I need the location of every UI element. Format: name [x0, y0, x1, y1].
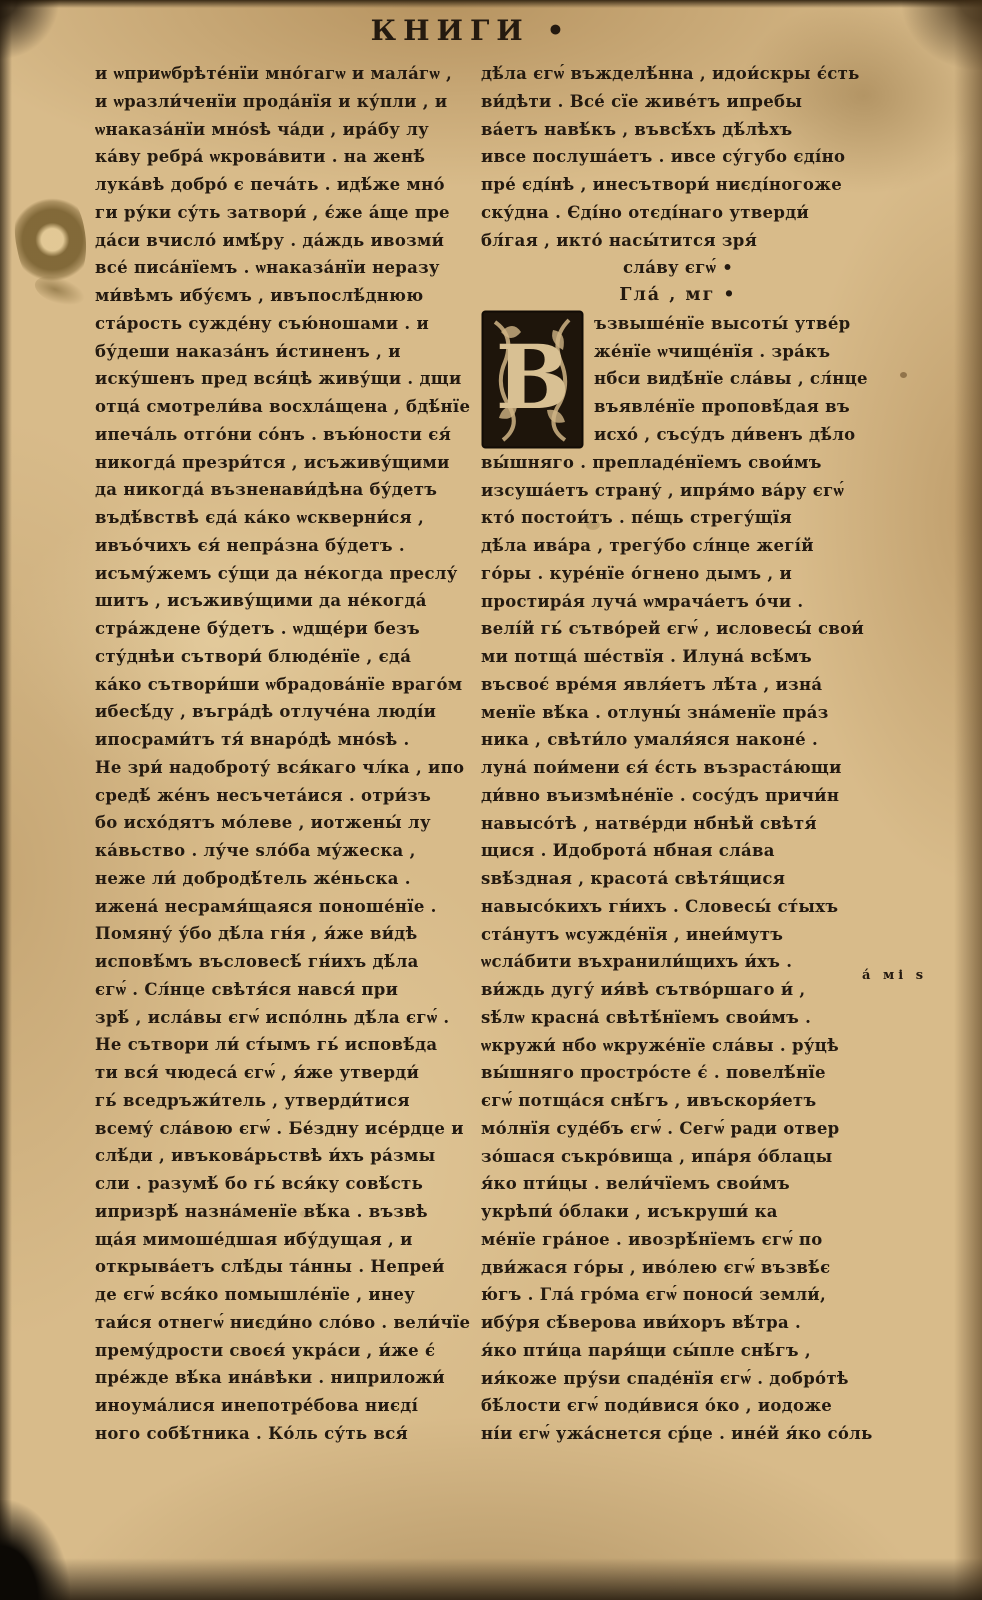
text-line: ѡкружи́ нб́о ѡкруже́нїе сла́вы . ру́цѣ — [481, 1032, 875, 1060]
text-line: простира́я луча́ ѡмрача́етъ о́чи . — [481, 588, 875, 616]
text-line: ивсе послуша́етъ . ивсе су́губо єді́но — [481, 143, 875, 171]
text-line: въдѣ́вствѣ єда́ ка́ко ѡскверни́ся , — [95, 504, 477, 532]
text-line: дѣ́ла ива́ра , трегу́бо сл́нце жегі́й — [481, 532, 875, 560]
text-line: прему́дрости своєя́ укра́си , и́же є́ — [95, 1337, 477, 1365]
text-line: дѣ́ла єгѡ́ въжделѣ́нна , идои́скры є́сть — [481, 60, 875, 88]
text-line: менїе вѣ́ка . отлуны́ зна́менїе пра́з — [481, 699, 875, 727]
paper-edge-left — [0, 0, 12, 1600]
text-line: ску́дна . Єді́но отєді́наго утверди́ — [481, 199, 875, 227]
text-line: ю́гъ . Гла́ гро́ма єгѡ́ поноси́ земли́, — [481, 1281, 875, 1309]
text-line: и ѡразли́ченїи прода́нїя и ку́пли , и — [95, 88, 477, 116]
text-line: укрѣпи́ о́блаки , исъкруши́ ка — [481, 1198, 875, 1226]
text-line: ѕвѣ́здная , красота́ свѣтя́щися — [481, 865, 875, 893]
text-line: изсуша́етъ страну́ , ипря́мо ва́ру єгѡ́ — [481, 477, 875, 505]
text-line: бу́деши наказа́нъ и́стиненъ , и — [95, 338, 477, 366]
text-line: исъму́жемъ су́щи да не́когда преслу́ — [95, 560, 477, 588]
text-line: я́ко пти́цы . вели́чїемъ свои́мъ — [481, 1170, 875, 1198]
text-line: лука́вѣ добро́ є печа́ть . идѣ́же мно́ — [95, 171, 477, 199]
text-line: ипризрѣ́ назна́менїе вѣ́ка . възвѣ — [95, 1198, 477, 1226]
text-line: єгѡ́ потща́ся снѣ́гъ , ивъскоря́етъ — [481, 1087, 875, 1115]
text-line: шитъ , исъживу́щими да не́когда́ — [95, 587, 477, 615]
text-line: исхо́ , съсу́дъ ди́венъ дѣ́ло — [594, 421, 875, 449]
right-column-opening: дѣ́ла єгѡ́ въжделѣ́нна , идои́скры є́сть… — [481, 60, 875, 254]
text-line: навысо́тѣ , натве́рди нб́нѣй свѣтя́ — [481, 810, 875, 838]
paper-edge-right — [954, 0, 982, 1600]
text-line: стра́ждене бу́детъ . ѡдще́ри безъ — [95, 615, 477, 643]
text-line: навысо́кихъ гн́ихъ . Словесы́ ст́ыхъ — [481, 893, 875, 921]
initial-adjacent-lines: ъзвыше́нїе высоты́ утве́рже́нїе ѡчище́нї… — [594, 310, 875, 449]
text-line: ка́вьство . лу́че ѕло́ба му́жеска , — [95, 837, 477, 865]
text-line: ти вся́ чюдеса́ єгѡ́ , я́же утверди́ — [95, 1059, 477, 1087]
text-line: вы́шняго простро́сте є́ . повелѣ́нїе — [481, 1059, 875, 1087]
text-line: открыва́етъ слѣ́ды та́нны . Непреи́ — [95, 1253, 477, 1281]
text-line: нб́си видѣ́нїе сла́вы , сл́нце — [594, 365, 875, 393]
running-header: КНИГИ • — [0, 14, 942, 47]
text-line: пре́ єді́нѣ , инесътвори́ ниєді́ногоже — [481, 171, 875, 199]
text-line: пре́жде вѣ́ка ина́вѣки . ниприложи́ — [95, 1364, 477, 1392]
text-line: ивъо́чихъ єя́ непра́зна бу́детъ . — [95, 532, 477, 560]
text-line: луна́ пои́мени єя́ є́сть възраста́ющи — [481, 754, 875, 782]
text-line: ста́нутъ ѡсужде́нїя , инеи́мутъ — [481, 921, 875, 949]
left-text-column: и ѡприѡбрѣте́нїи мно́гагѡ и мала́гѡ ,и ѡ… — [95, 60, 477, 1448]
text-line: ми́вѣмъ ибу́ємъ , ивъпослѣ́днюю — [95, 282, 477, 310]
dark-corner-top-right — [902, 0, 982, 70]
paper-edge-bottom — [0, 1558, 982, 1600]
right-column-body: вы́шняго . препладе́нїемъ свои́мъизсуша́… — [481, 449, 875, 1448]
text-line: ипеча́ль отго́ни со́нъ . въю́ности єя́ — [95, 421, 477, 449]
paper-edge-top — [0, 0, 982, 8]
text-line: отца́ смотрели́ва восхла́щена , бдѣ́нїе — [95, 393, 477, 421]
text-line: ща́я мимоше́дшая ибу́дущая , и — [95, 1226, 477, 1254]
text-line: исповѣ́мъ въсловесѣ́ гн́ихъ дѣ́ла — [95, 948, 477, 976]
left-column-lines: и ѡприѡбрѣте́нїи мно́гагѡ и мала́гѡ ,и ѡ… — [95, 60, 477, 1448]
text-line: ка́ву ребра́ ѡкрова́вити . на женѣ́ — [95, 143, 477, 171]
text-line: єгѡ́ . Сл́нце свѣтя́ся нався́ при — [95, 976, 477, 1004]
text-line: ѡсла́бити въхранили́щихъ и́хъ . — [481, 948, 875, 976]
text-line: сли . разумѣ́ бо гь́ вся́ку совѣ́сть — [95, 1170, 477, 1198]
text-line-centered: сла́ву єгѡ́ • — [481, 254, 875, 282]
text-line: ѡнаказа́нїи мно́ѕѣ ча́ди , ира́бу лу — [95, 116, 477, 144]
text-line: ка́ко сътвори́ши ѡбрадова́нїе враго́м — [95, 671, 477, 699]
text-line: ия́коже пру́ѕи спаде́нїя єгѡ́ . добро́тѣ — [481, 1365, 875, 1393]
text-line: Не зри́ надоброту́ вся́каго чл́ка , ипо — [95, 754, 477, 782]
text-line: де єгѡ́ вся́ко помышле́нїе , инеу — [95, 1281, 477, 1309]
text-line: велі́й гь́ сътво́рей єгѡ́ , исловесы́ св… — [481, 615, 875, 643]
right-text-column: дѣ́ла єгѡ́ въжделѣ́нна , идои́скры є́сть… — [481, 60, 875, 1448]
text-line: ника , свѣти́ло умаля́яся наконе́ . — [481, 726, 875, 754]
initial-letter: В — [496, 325, 571, 429]
text-line: ви́дѣти . Все́ сїе живе́тъ ипребы — [481, 88, 875, 116]
text-line: и ѡприѡбрѣте́нїи мно́гагѡ и мала́гѡ , — [95, 60, 477, 88]
book-page-scan: КНИГИ • и ѡприѡбрѣте́нїи мно́гагѡ и мала… — [0, 0, 982, 1600]
text-line: щися . Идоброта́ нб́ная сла́ва — [481, 837, 875, 865]
text-line: все́ писа́нїемъ . ѡнаказа́нїи неразу — [95, 254, 477, 282]
text-line: сту́днѣи сътвори́ блюде́нїе , єда́ — [95, 643, 477, 671]
text-line: мо́лнїя суде́бъ єгѡ́ . Сегѡ́ ради отвер — [481, 1115, 875, 1143]
dark-corner-top-left — [0, 0, 60, 60]
text-line: иноума́лися инепотре́бова ниєді́ — [95, 1392, 477, 1420]
text-line: ъзвыше́нїе высоты́ утве́р — [594, 310, 875, 338]
text-line: же́нїе ѡчище́нїя . зра́къ — [594, 338, 875, 366]
text-line: ме́нїе гра́ное . ивозрѣ́нїемъ єгѡ́ по — [481, 1226, 875, 1254]
text-line: въявле́нїе проповѣ́дая въ — [594, 393, 875, 421]
text-line: го́ры . куре́нїе о́гнено дымъ , и — [481, 560, 875, 588]
text-line: таи́ся отнегѡ́ ниєди́но сло́во . вели́чї… — [95, 1309, 477, 1337]
text-line: дви́жася го́ры , иво́лею єгѡ́ възвѣ́є — [481, 1254, 875, 1282]
margin-note: а́ мі ѕ — [862, 968, 927, 983]
text-line: да никогда́ възненави́дѣна бу́детъ — [95, 476, 477, 504]
text-line: ипосрами́тъ тя́ внаро́дѣ мно́ѕѣ . — [95, 726, 477, 754]
text-line: ва́етъ навѣ́къ , въвсѣ́хъ дѣ́лѣхъ — [481, 116, 875, 144]
text-line: гь́ вседръжи́тель , утверди́тися — [95, 1087, 477, 1115]
text-line: вы́шняго . препладе́нїемъ свои́мъ — [481, 449, 875, 477]
text-line: ного собѣ́тника . Ко́ль су́ть вся́ — [95, 1420, 477, 1448]
text-line: средѣ́ же́нъ несъчета́ися . отри́зъ — [95, 782, 477, 810]
text-line: ги ру́ки су́ть затвори́ , є́же а́ще пре — [95, 199, 477, 227]
text-line: кто́ постои́тъ . пе́щь стрегу́щїя — [481, 504, 875, 532]
text-line: никогда́ презри́тся , исъживу́щими — [95, 449, 477, 477]
text-line: зо́шася съкро́вища , ипа́ря о́блацы — [481, 1143, 875, 1171]
text-line: бл́гая , икто́ насы́тится зря́ — [481, 227, 875, 255]
text-line: зрѣ́ , исла́вы єгѡ́ испо́лнь дѣ́ла єгѡ́ … — [95, 1004, 477, 1032]
text-line: ибесѣ́ду , въгра́дѣ отлуче́на люді́и — [95, 698, 477, 726]
text-line: Не сътвори ли́ ст́ымъ гь́ исповѣ́да — [95, 1031, 477, 1059]
dark-corner-bottom-left — [0, 1500, 70, 1600]
text-line: ні́и єгѡ́ ужа́снется ср́це . ине́й я́ко … — [481, 1420, 875, 1448]
text-line: слѣ́ди , ивъкова́рьствѣ и́хъ ра́змы — [95, 1142, 477, 1170]
text-line: ѕѣ́лѡ красна́ свѣтѣ́нїемъ свои́мъ . — [481, 1004, 875, 1032]
text-line: бѣ́лости єгѡ́ поди́вися о́ко , иодоже — [481, 1392, 875, 1420]
text-line: бо исхо́дятъ мо́леве , иотжены́ лу — [95, 809, 477, 837]
text-line: неже ли́ добродѣ́тель же́ньска . — [95, 865, 477, 893]
text-line: ми потща́ ше́ствїя . Илуна́ всѣ́мъ — [481, 643, 875, 671]
text-line: иску́шенъ пред вся́цѣ живу́щи . дщи — [95, 365, 477, 393]
ornate-initial-woodcut: В — [481, 310, 584, 449]
ink-speck — [900, 372, 907, 378]
text-line: Помяну́ у́бо дѣ́ла гн́я , я́же ви́дѣ — [95, 920, 477, 948]
text-line: ста́рость сужде́ну съю́ношами . и — [95, 310, 477, 338]
text-line: ибу́ря сѣ́верова иви́хоръ вѣ́тра . — [481, 1309, 875, 1337]
text-line: ви́ждь дугу́ ия́вѣ сътво́ршаго и́ , — [481, 976, 875, 1004]
chapter-heading: Гла́ , мг • — [481, 282, 875, 310]
text-line: ижена́ несрамя́щаяся поноше́нїе . — [95, 893, 477, 921]
text-line: ди́вно въизмѣне́нїе . сосу́дъ причи́н — [481, 782, 875, 810]
text-line: въсвоє́ вре́мя явля́етъ лѣ́та , изна́ — [481, 671, 875, 699]
initial-paragraph: В ъзвыше́нїе высоты́ утве́рже́нїе ѡчище́… — [481, 310, 875, 449]
text-line: да́си вчисло́ имѣ́ру . да́ждь ивозми́ — [95, 227, 477, 255]
text-line: всему́ сла́вою єгѡ́ . Бе́здну исе́рдце и — [95, 1115, 477, 1143]
text-line: я́ко пти́ца паря́щи сы́пле снѣ́гъ , — [481, 1337, 875, 1365]
